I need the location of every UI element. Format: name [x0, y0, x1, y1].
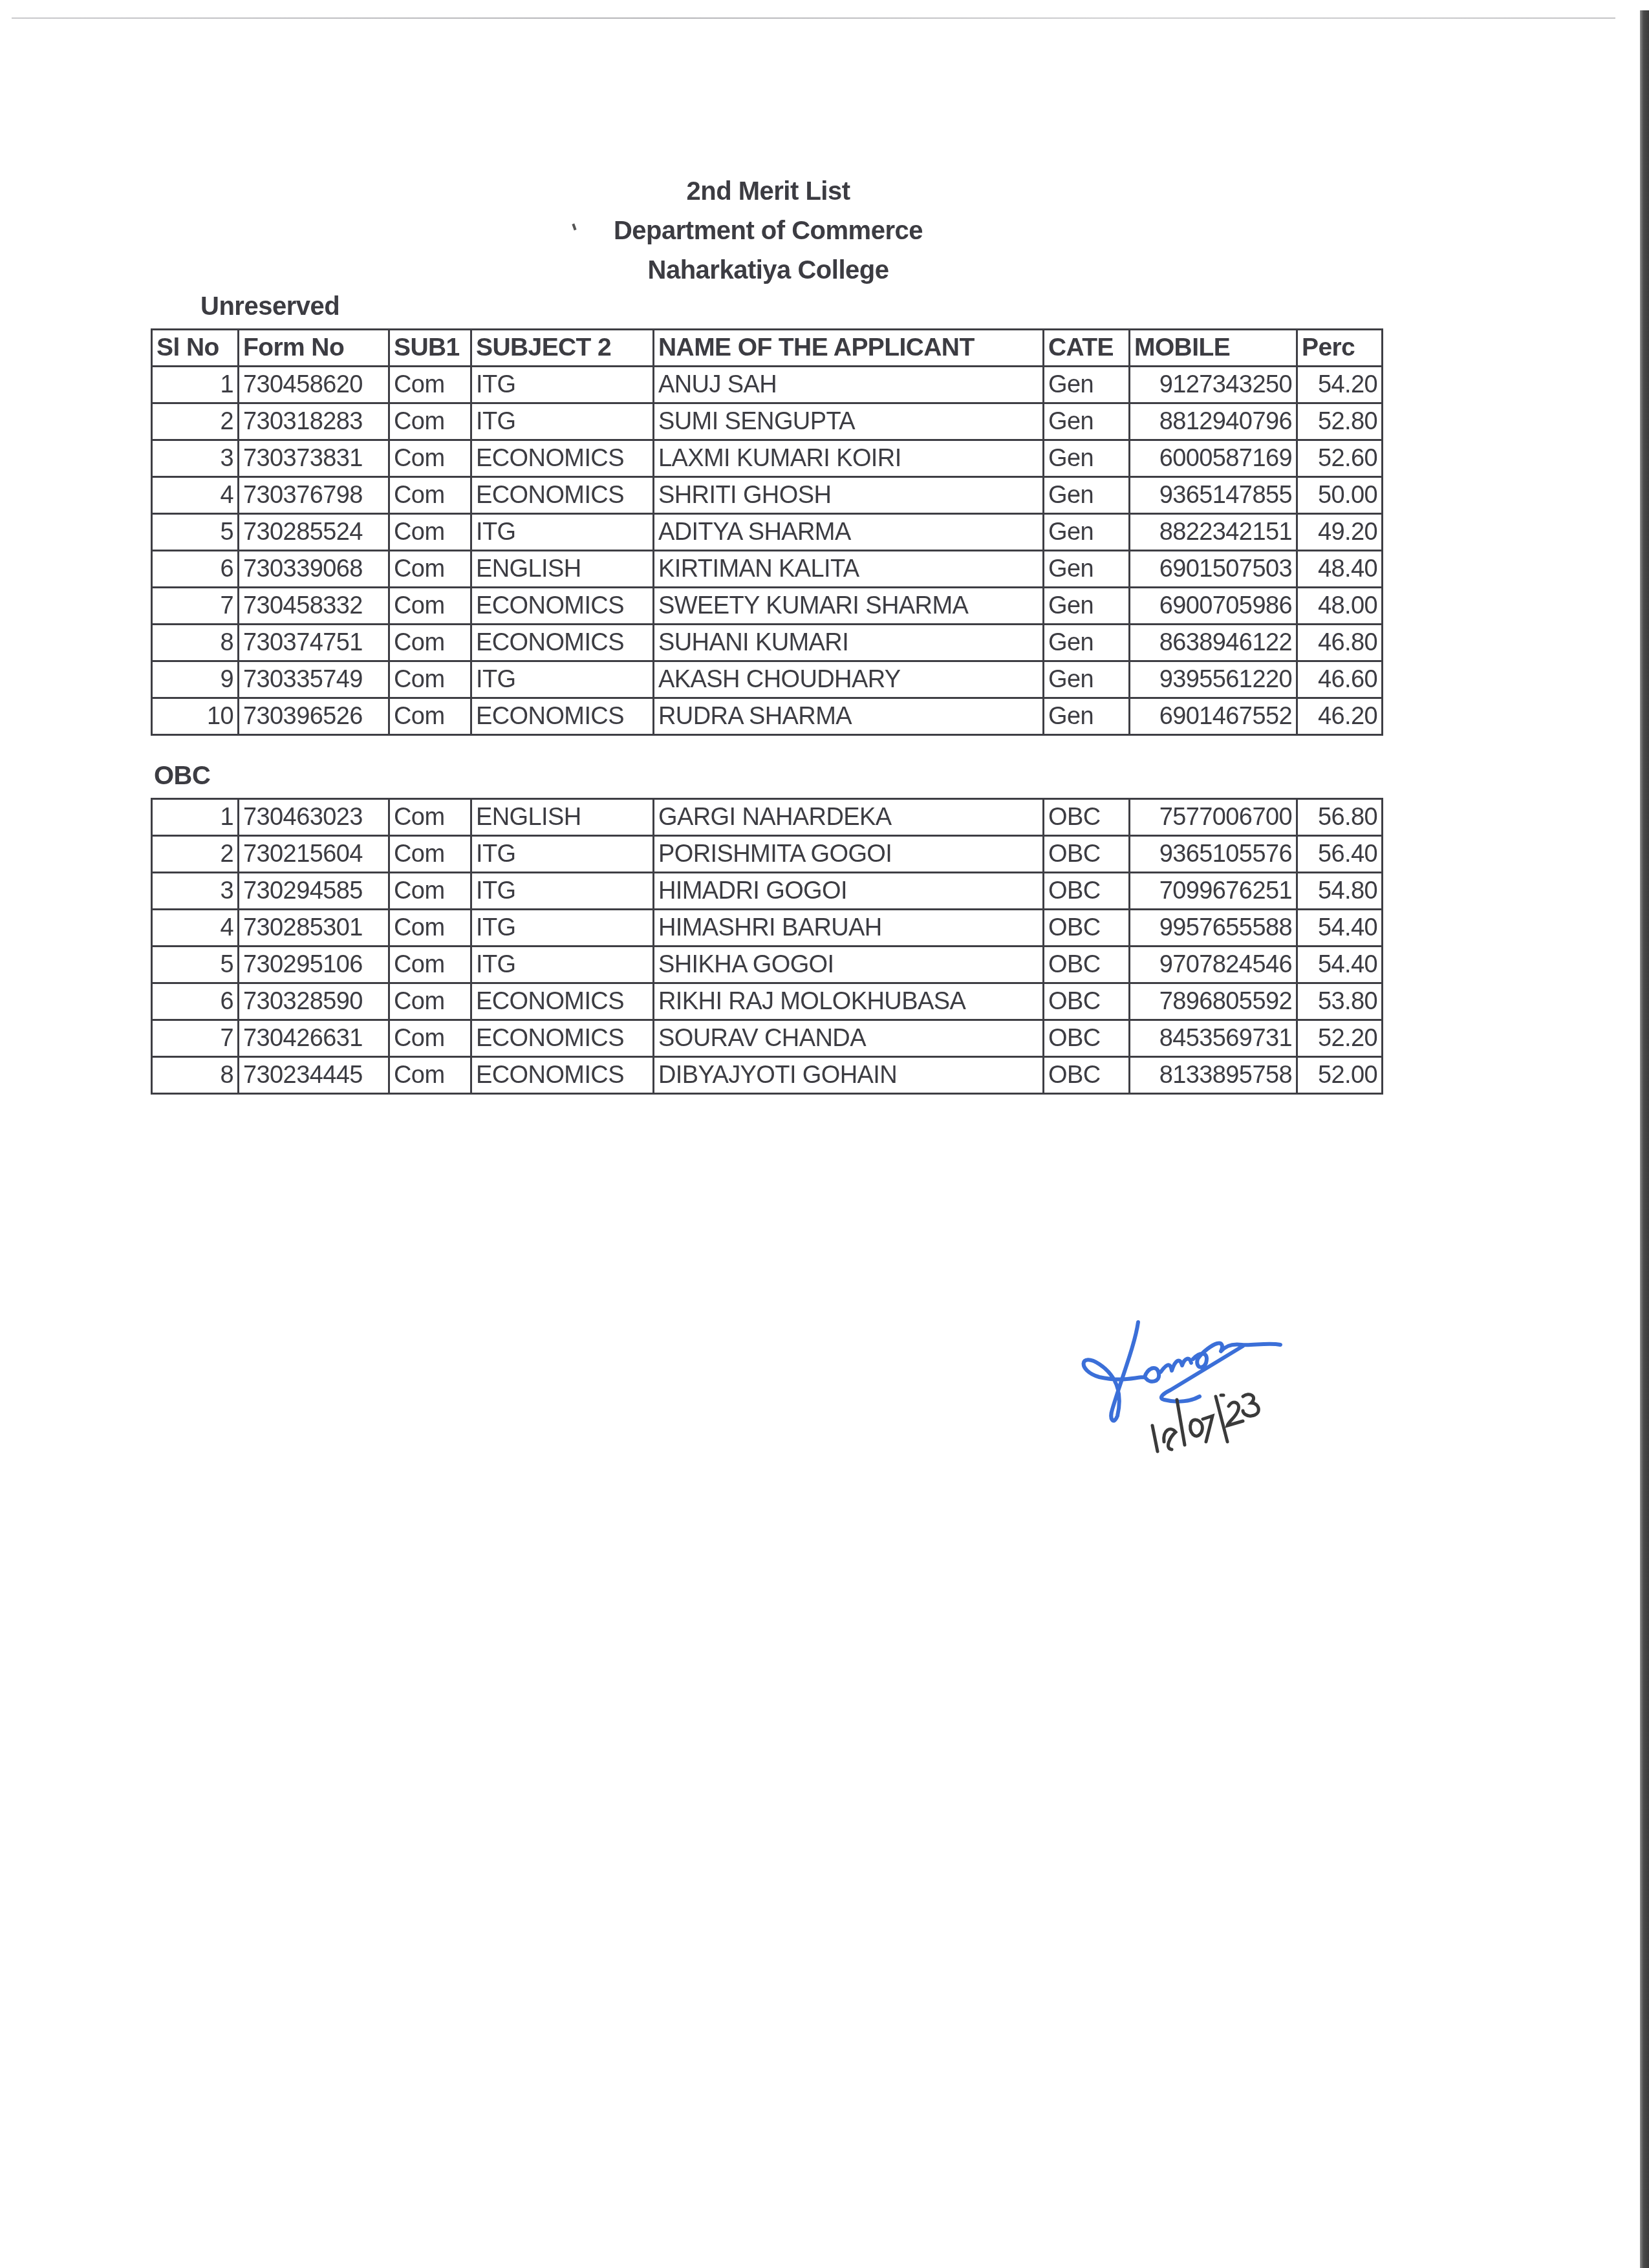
table-row: 1730458620ComITGANUJ SAHGen912734325054.… — [152, 367, 1383, 403]
cell-sub1: Com — [389, 588, 471, 625]
cell-form-no: 730285301 — [239, 910, 389, 947]
cell-subject2: ENGLISH — [471, 799, 654, 836]
cell-sub1: Com — [389, 947, 471, 983]
cell-category: Gen — [1044, 625, 1130, 661]
table-row: 5730295106ComITGSHIKHA GOGOIOBC970782454… — [152, 947, 1383, 983]
cell-sub1: Com — [389, 799, 471, 836]
table-row: 5730285524ComITGADITYA SHARMAGen88223421… — [152, 514, 1383, 551]
cell-sub1: Com — [389, 873, 471, 910]
table-row: 6730339068ComENGLISHKIRTIMAN KALITAGen69… — [152, 551, 1383, 588]
cell-mobile: 9365105576 — [1130, 836, 1297, 873]
cell-subject2: ENGLISH — [471, 551, 654, 588]
cell-sl-no: 5 — [152, 947, 239, 983]
cell-category: Gen — [1044, 698, 1130, 735]
merit-table-unreserved: Sl No Form No SUB1 SUBJECT 2 NAME OF THE… — [151, 328, 1383, 736]
cell-percentage: 56.40 — [1297, 836, 1383, 873]
cell-sub1: Com — [389, 1020, 471, 1057]
cell-percentage: 46.80 — [1297, 625, 1383, 661]
cell-subject2: ECONOMICS — [471, 625, 654, 661]
cell-percentage: 54.80 — [1297, 873, 1383, 910]
table-body-unreserved: 1730458620ComITGANUJ SAHGen912734325054.… — [152, 367, 1383, 735]
column-header-mobile: MOBILE — [1130, 330, 1297, 367]
cell-form-no: 730458620 — [239, 367, 389, 403]
cell-percentage: 52.80 — [1297, 403, 1383, 440]
scan-page-edge — [1640, 10, 1649, 2268]
cell-subject2: ITG — [471, 910, 654, 947]
cell-percentage: 52.00 — [1297, 1057, 1383, 1094]
cell-applicant-name: RUDRA SHARMA — [654, 698, 1044, 735]
cell-sl-no: 7 — [152, 1020, 239, 1057]
table-row: 9730335749ComITGAKASH CHOUDHARYGen939556… — [152, 661, 1383, 698]
cell-applicant-name: DIBYAJYOTI GOHAIN — [654, 1057, 1044, 1094]
cell-sl-no: 6 — [152, 983, 239, 1020]
document-header: 2nd Merit List Department of Commerce Na… — [0, 172, 1536, 290]
cell-category: OBC — [1044, 1057, 1130, 1094]
cell-applicant-name: SOURAV CHANDA — [654, 1020, 1044, 1057]
cell-subject2: ECONOMICS — [471, 1020, 654, 1057]
cell-subject2: ECONOMICS — [471, 698, 654, 735]
table-body-obc: 1730463023ComENGLISHGARGI NAHARDEKAOBC75… — [152, 799, 1383, 1094]
cell-applicant-name: GARGI NAHARDEKA — [654, 799, 1044, 836]
cell-applicant-name: PORISHMITA GOGOI — [654, 836, 1044, 873]
cell-category: Gen — [1044, 403, 1130, 440]
cell-sl-no: 7 — [152, 588, 239, 625]
merit-table-obc: 1730463023ComENGLISHGARGI NAHARDEKAOBC75… — [151, 798, 1383, 1095]
cell-percentage: 50.00 — [1297, 477, 1383, 514]
cell-sl-no: 5 — [152, 514, 239, 551]
cell-subject2: ECONOMICS — [471, 440, 654, 477]
cell-mobile: 7577006700 — [1130, 799, 1297, 836]
cell-sub1: Com — [389, 403, 471, 440]
cell-form-no: 730328590 — [239, 983, 389, 1020]
table-row: 6730328590ComECONOMICSRIKHI RAJ MOLOKHUB… — [152, 983, 1383, 1020]
cell-mobile: 8812940796 — [1130, 403, 1297, 440]
cell-sl-no: 8 — [152, 1057, 239, 1094]
cell-subject2: ITG — [471, 403, 654, 440]
column-header-category: CATE — [1044, 330, 1130, 367]
cell-mobile: 9365147855 — [1130, 477, 1297, 514]
cell-subject2: ITG — [471, 514, 654, 551]
cell-sub1: Com — [389, 836, 471, 873]
section-label-obc: OBC — [154, 762, 210, 791]
page-title: 2nd Merit List — [0, 172, 1536, 211]
table-row: 3730294585ComITGHIMADRI GOGOIOBC70996762… — [152, 873, 1383, 910]
cell-mobile: 7099676251 — [1130, 873, 1297, 910]
cell-category: Gen — [1044, 551, 1130, 588]
cell-percentage: 54.40 — [1297, 947, 1383, 983]
cell-sub1: Com — [389, 477, 471, 514]
cell-subject2: ITG — [471, 661, 654, 698]
cell-category: Gen — [1044, 367, 1130, 403]
cell-sl-no: 3 — [152, 873, 239, 910]
cell-form-no: 730295106 — [239, 947, 389, 983]
table-row: 8730234445ComECONOMICSDIBYAJYOTI GOHAINO… — [152, 1057, 1383, 1094]
cell-category: OBC — [1044, 1020, 1130, 1057]
college-name: Naharkatiya College — [0, 251, 1536, 290]
cell-subject2: ECONOMICS — [471, 588, 654, 625]
cell-sl-no: 2 — [152, 836, 239, 873]
column-header-name: NAME OF THE APPLICANT — [654, 330, 1044, 367]
cell-mobile: 9127343250 — [1130, 367, 1297, 403]
cell-mobile: 7896805592 — [1130, 983, 1297, 1020]
column-header-subject2: SUBJECT 2 — [471, 330, 654, 367]
table-row: 4730285301ComITGHIMASHRI BARUAHOBC995765… — [152, 910, 1383, 947]
signature-date — [1152, 1395, 1258, 1451]
cell-applicant-name: SHIKHA GOGOI — [654, 947, 1044, 983]
cell-mobile: 6900705986 — [1130, 588, 1297, 625]
table-row: 3730373831ComECONOMICSLAXMI KUMARI KOIRI… — [152, 440, 1383, 477]
cell-mobile: 9395561220 — [1130, 661, 1297, 698]
cell-category: OBC — [1044, 799, 1130, 836]
cell-applicant-name: HIMADRI GOGOI — [654, 873, 1044, 910]
department-name: Department of Commerce — [0, 211, 1536, 251]
cell-subject2: ITG — [471, 367, 654, 403]
cell-percentage: 53.80 — [1297, 983, 1383, 1020]
signature-scribble — [1084, 1322, 1280, 1420]
cell-applicant-name: ANUJ SAH — [654, 367, 1044, 403]
cell-category: OBC — [1044, 910, 1130, 947]
cell-applicant-name: SUHANI KUMARI — [654, 625, 1044, 661]
column-header-form-no: Form No — [239, 330, 389, 367]
cell-sl-no: 2 — [152, 403, 239, 440]
column-header-sub1: SUB1 — [389, 330, 471, 367]
cell-sl-no: 1 — [152, 799, 239, 836]
cell-percentage: 52.20 — [1297, 1020, 1383, 1057]
cell-category: OBC — [1044, 983, 1130, 1020]
cell-sub1: Com — [389, 910, 471, 947]
cell-category: OBC — [1044, 836, 1130, 873]
cell-form-no: 730234445 — [239, 1057, 389, 1094]
cell-category: OBC — [1044, 947, 1130, 983]
cell-sub1: Com — [389, 514, 471, 551]
cell-percentage: 56.80 — [1297, 799, 1383, 836]
cell-form-no: 730335749 — [239, 661, 389, 698]
cell-form-no: 730294585 — [239, 873, 389, 910]
scan-edge-line — [12, 17, 1615, 19]
cell-percentage: 48.40 — [1297, 551, 1383, 588]
cell-form-no: 730396526 — [239, 698, 389, 735]
cell-form-no: 730215604 — [239, 836, 389, 873]
table-row: 8730374751ComECONOMICSSUHANI KUMARIGen86… — [152, 625, 1383, 661]
cell-category: Gen — [1044, 588, 1130, 625]
cell-sub1: Com — [389, 440, 471, 477]
cell-form-no: 730376798 — [239, 477, 389, 514]
column-header-sl-no: Sl No — [152, 330, 239, 367]
cell-applicant-name: KIRTIMAN KALITA — [654, 551, 1044, 588]
cell-subject2: ECONOMICS — [471, 1057, 654, 1094]
cell-sl-no: 10 — [152, 698, 239, 735]
cell-mobile: 8453569731 — [1130, 1020, 1297, 1057]
table-row: 4730376798ComECONOMICSSHRITI GHOSHGen936… — [152, 477, 1383, 514]
cell-applicant-name: SHRITI GHOSH — [654, 477, 1044, 514]
cell-sub1: Com — [389, 983, 471, 1020]
cell-form-no: 730463023 — [239, 799, 389, 836]
cell-applicant-name: SUMI SENGUPTA — [654, 403, 1044, 440]
cell-subject2: ECONOMICS — [471, 477, 654, 514]
cell-percentage: 49.20 — [1297, 514, 1383, 551]
cell-percentage: 54.20 — [1297, 367, 1383, 403]
cell-sl-no: 3 — [152, 440, 239, 477]
cell-form-no: 730318283 — [239, 403, 389, 440]
cell-percentage: 52.60 — [1297, 440, 1383, 477]
cell-subject2: ITG — [471, 947, 654, 983]
cell-category: Gen — [1044, 661, 1130, 698]
cell-applicant-name: HIMASHRI BARUAH — [654, 910, 1044, 947]
cell-sub1: Com — [389, 698, 471, 735]
cell-applicant-name: SWEETY KUMARI SHARMA — [654, 588, 1044, 625]
cell-percentage: 48.00 — [1297, 588, 1383, 625]
cell-sl-no: 8 — [152, 625, 239, 661]
cell-form-no: 730373831 — [239, 440, 389, 477]
cell-category: Gen — [1044, 514, 1130, 551]
cell-category: Gen — [1044, 477, 1130, 514]
cell-form-no: 730374751 — [239, 625, 389, 661]
table-row: 7730426631ComECONOMICSSOURAV CHANDAOBC84… — [152, 1020, 1383, 1057]
cell-sl-no: 4 — [152, 477, 239, 514]
table-row: 2730318283ComITGSUMI SENGUPTAGen88129407… — [152, 403, 1383, 440]
cell-percentage: 46.60 — [1297, 661, 1383, 698]
cell-sub1: Com — [389, 661, 471, 698]
cell-applicant-name: RIKHI RAJ MOLOKHUBASA — [654, 983, 1044, 1020]
cell-mobile: 8822342151 — [1130, 514, 1297, 551]
cell-sl-no: 6 — [152, 551, 239, 588]
cell-mobile: 6901507503 — [1130, 551, 1297, 588]
table-row: 1730463023ComENGLISHGARGI NAHARDEKAOBC75… — [152, 799, 1383, 836]
cell-mobile: 8638946122 — [1130, 625, 1297, 661]
cell-percentage: 54.40 — [1297, 910, 1383, 947]
cell-applicant-name: ADITYA SHARMA — [654, 514, 1044, 551]
cell-form-no: 730458332 — [239, 588, 389, 625]
signature — [1073, 1287, 1306, 1455]
cell-sub1: Com — [389, 551, 471, 588]
cell-category: Gen — [1044, 440, 1130, 477]
cell-subject2: ITG — [471, 836, 654, 873]
cell-sl-no: 1 — [152, 367, 239, 403]
cell-mobile: 6000587169 — [1130, 440, 1297, 477]
table-row: 2730215604ComITGPORISHMITA GOGOIOBC93651… — [152, 836, 1383, 873]
cell-subject2: ECONOMICS — [471, 983, 654, 1020]
cell-sub1: Com — [389, 1057, 471, 1094]
cell-applicant-name: LAXMI KUMARI KOIRI — [654, 440, 1044, 477]
cell-percentage: 46.20 — [1297, 698, 1383, 735]
column-header-percentage: Perc — [1297, 330, 1383, 367]
cell-form-no: 730339068 — [239, 551, 389, 588]
cell-sub1: Com — [389, 625, 471, 661]
section-label-unreserved: Unreserved — [200, 292, 339, 321]
cell-sl-no: 9 — [152, 661, 239, 698]
cell-mobile: 8133895758 — [1130, 1057, 1297, 1094]
cell-mobile: 6901467552 — [1130, 698, 1297, 735]
cell-category: OBC — [1044, 873, 1130, 910]
table-header-row: Sl No Form No SUB1 SUBJECT 2 NAME OF THE… — [152, 330, 1383, 367]
table-row: 10730396526ComECONOMICSRUDRA SHARMAGen69… — [152, 698, 1383, 735]
cell-applicant-name: AKASH CHOUDHARY — [654, 661, 1044, 698]
cell-form-no: 730285524 — [239, 514, 389, 551]
cell-subject2: ITG — [471, 873, 654, 910]
cell-mobile: 9707824546 — [1130, 947, 1297, 983]
table-row: 7730458332ComECONOMICSSWEETY KUMARI SHAR… — [152, 588, 1383, 625]
cell-form-no: 730426631 — [239, 1020, 389, 1057]
cell-sub1: Com — [389, 367, 471, 403]
cell-sl-no: 4 — [152, 910, 239, 947]
cell-mobile: 9957655588 — [1130, 910, 1297, 947]
